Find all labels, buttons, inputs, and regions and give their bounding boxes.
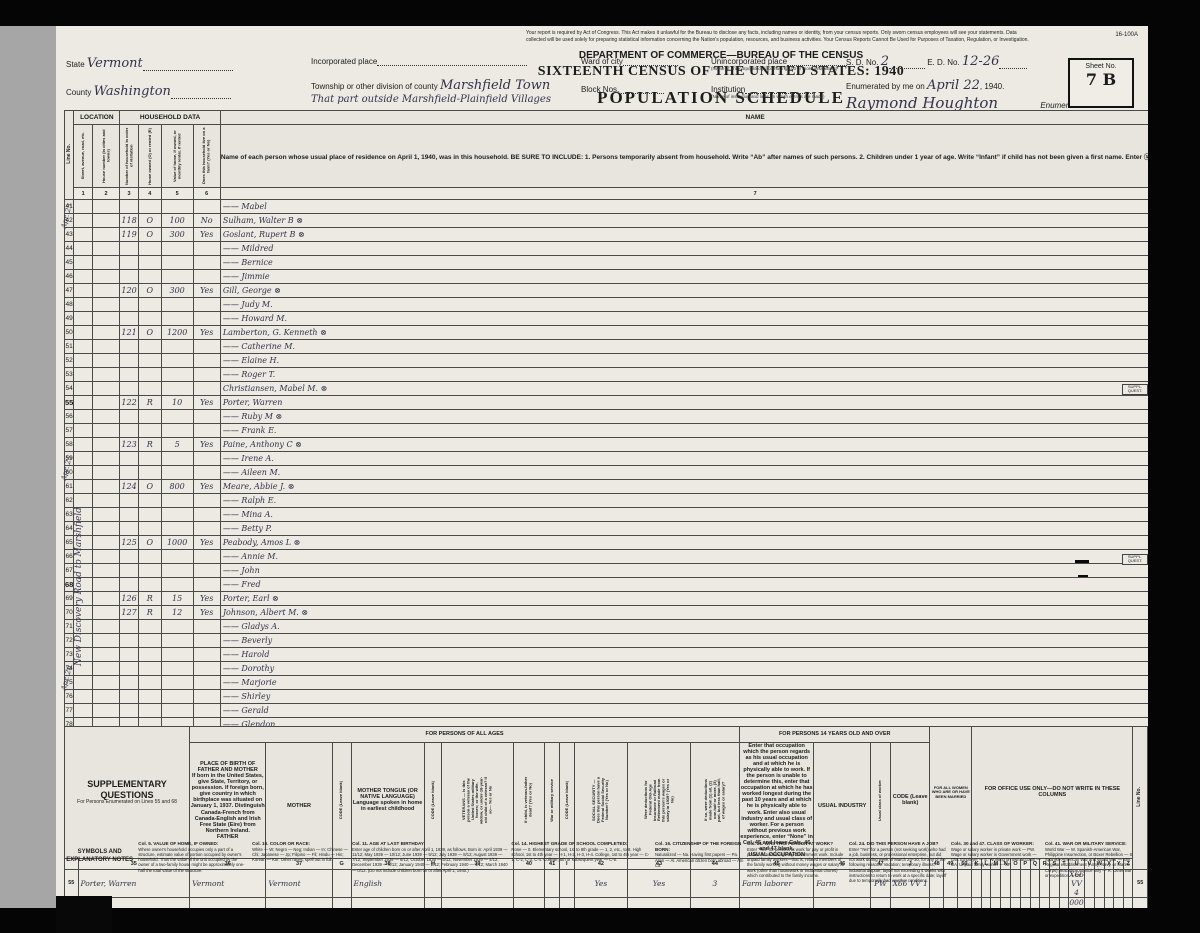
cell-fm [193, 270, 220, 284]
cell-fm [193, 452, 220, 466]
person-row-63: 63—— Mina A.DaughterFW25SNoH-2VermontMon… [65, 508, 1200, 522]
cell-ten [138, 298, 161, 312]
cell-hh [120, 312, 139, 326]
cell-ln: 45 [65, 256, 74, 270]
cell-val: 10 [161, 396, 193, 410]
cell-hh [120, 368, 139, 382]
cell-val [161, 676, 193, 690]
cell-ten: O [138, 326, 161, 340]
cell-hn [92, 270, 119, 284]
cell-st [74, 452, 93, 466]
population-table: Line No.LOCATIONHOUSEHOLD DATANAMERELATI… [64, 110, 1200, 760]
cell-ten [138, 704, 161, 718]
cell-hn [92, 242, 119, 256]
col-desc-street: Street, avenue, road, etc. [74, 125, 93, 188]
sheet-number-box: Sheet No. 7 B [1068, 58, 1134, 108]
band-all-ages: FOR PERSONS OF ALL AGES [190, 727, 740, 743]
cell-fm [193, 410, 220, 424]
person-row-49: 49—— Howard M.SonMW34SNo4VermontSame hou… [65, 312, 1200, 326]
cell-ln: 50 [65, 326, 74, 340]
person-row-43: 43119O300YesGoslant, Rupert B ⊗HeadMW37M… [65, 228, 1200, 242]
cell-hh [120, 466, 139, 480]
cell-ten [138, 452, 161, 466]
cell-hn [92, 508, 119, 522]
cell-hn [92, 662, 119, 676]
cell-fm [193, 340, 220, 354]
person-row-74: 74—— DorothyDaughterFW15SYes7VermontSame… [65, 662, 1200, 676]
cell-val: 15 [161, 592, 193, 606]
cell-val: 300 [161, 228, 193, 242]
cell-val [161, 270, 193, 284]
cell-fm: No [193, 214, 220, 228]
cell-st [74, 480, 93, 494]
cell-ten [138, 620, 161, 634]
cell-ten [138, 564, 161, 578]
band-14-and-over: FOR PERSONS 14 YEARS OLD AND OVER [740, 727, 930, 743]
note-col3047: Cols. 30 and 47. CLASS OF WORKER:Wage or… [951, 841, 1042, 883]
cell-val [161, 256, 193, 270]
person-row-77: 77—— GeraldSonMW4SNo0Vermont77 [65, 704, 1200, 718]
cell-st [74, 228, 93, 242]
cell-hh [120, 648, 139, 662]
scan-speck [1078, 575, 1088, 577]
cell-val [161, 564, 193, 578]
scan-border-bottom [0, 908, 1200, 933]
cell-ten: O [138, 480, 161, 494]
cell-hh: 125 [120, 536, 139, 550]
cell-hn [92, 494, 119, 508]
street-name-vertical: New Discovery Road to Marshfield [74, 507, 84, 666]
cell-st [74, 326, 93, 340]
cell-ln: 57 [65, 424, 74, 438]
cell-fm [193, 242, 220, 256]
cell-ten [138, 550, 161, 564]
cell-ten [138, 494, 161, 508]
scan-border-top [0, 0, 1200, 26]
cell-ten [138, 578, 161, 592]
cell-ten [138, 424, 161, 438]
cell-ln: 53 [65, 368, 74, 382]
cell-fm: Yes [193, 606, 220, 620]
cell-hn [92, 648, 119, 662]
cell-hh: 124 [120, 480, 139, 494]
cell-ln: 47 [65, 284, 74, 298]
cell-val [161, 620, 193, 634]
cell-val [161, 382, 193, 396]
cell-hn [92, 396, 119, 410]
enumerated-field: Enumerated by me on April 22, 1940. [846, 78, 1004, 93]
cell-ten [138, 508, 161, 522]
cell-fm [193, 466, 220, 480]
cell-hn [92, 200, 119, 214]
cell-fm [193, 382, 220, 396]
cell-ten [138, 256, 161, 270]
person-row-41: 41—— MabelWifeFW59MNo2VermontSame houseY… [65, 200, 1200, 214]
county-field: County Washington [66, 84, 231, 99]
cell-hn [92, 592, 119, 606]
cell-fm [193, 312, 220, 326]
person-name: Paine, Anthony C ⊗ [220, 438, 1200, 452]
person-row-50: 50121O1200YesLamberton, G. Kenneth ⊗Head… [65, 326, 1200, 340]
col-desc-home-value: Value of home, if owned, or monthly rent… [161, 125, 193, 188]
cell-ln: 54 [65, 382, 74, 396]
cell-hh [120, 564, 139, 578]
person-name: —— Catherine M. [220, 340, 1200, 354]
cell-ten: R [138, 606, 161, 620]
cell-ln: 67 [65, 564, 74, 578]
cell-fm [193, 256, 220, 270]
note-col14: Col. 14. HIGHEST GRADE OF SCHOOL COMPLET… [511, 841, 652, 883]
cell-val [161, 200, 193, 214]
cell-ln: 56 [65, 410, 74, 424]
person-row-58: 58123R5YesPaine, Anthony C ⊗HeadMW29MNoH… [65, 438, 1200, 452]
cell-fm: Yes [193, 480, 220, 494]
person-row-70: 70127R12YesJohnson, Albert M. ⊗HeadMW45M… [65, 606, 1200, 620]
suppl-quest-marker-68: SUPPL. QUEST. [1122, 554, 1148, 565]
cell-hn [92, 536, 119, 550]
cell-ten [138, 270, 161, 284]
cell-hn [92, 522, 119, 536]
cell-val [161, 662, 193, 676]
group-name: NAME [220, 111, 1200, 125]
note-col21: Col. 21. WAS THIS PERSON AT WORK?Enter “… [747, 841, 846, 883]
cell-hh [120, 452, 139, 466]
cell-ten [138, 676, 161, 690]
cell-val: 800 [161, 480, 193, 494]
person-name: —— Beverly [220, 634, 1200, 648]
band-office-use: FOR OFFICE USE ONLY—DO NOT WRITE IN THES… [972, 727, 1133, 859]
person-name: —— Aileen M. [220, 466, 1200, 480]
cell-ln: 52 [65, 354, 74, 368]
person-row-53: 53—— Roger T.SonMW5SNo0VermontSame house… [65, 368, 1200, 382]
person-name: Johnson, Albert M. ⊗ [220, 606, 1200, 620]
person-name: Porter, Earl ⊗ [220, 592, 1200, 606]
cell-st [74, 214, 93, 228]
cell-fm [193, 424, 220, 438]
cell-hn [92, 480, 119, 494]
cell-hn [92, 256, 119, 270]
person-name: —— Annie M. [220, 550, 1200, 564]
note-col24: Col. 24. DID THIS PERSON HAVE A JOB?Ente… [849, 841, 948, 883]
cell-ten: O [138, 214, 161, 228]
person-name: —— Elaine H. [220, 354, 1200, 368]
person-row-47: 47120O300YesGill, George ⊗HeadMW59MNo8Ma… [65, 284, 1200, 298]
cell-hh [120, 354, 139, 368]
person-name: Porter, Warren [220, 396, 1200, 410]
cell-fm: Yes [193, 536, 220, 550]
cell-ten [138, 312, 161, 326]
cell-hn [92, 550, 119, 564]
person-name: —— Jimmie [220, 270, 1200, 284]
cell-fm [193, 550, 220, 564]
cell-hh [120, 662, 139, 676]
cell-val [161, 550, 193, 564]
cell-st [74, 704, 93, 718]
person-name: —— Harold [220, 648, 1200, 662]
person-name: —— Mildred [220, 242, 1200, 256]
cell-hh: 121 [120, 326, 139, 340]
person-name: —— Judy M. [220, 298, 1200, 312]
cell-hh: 123 [120, 438, 139, 452]
note-col16: Col. 16. CITIZENSHIP OF THE FOREIGN BORN… [655, 841, 744, 883]
cell-ln: 48 [65, 298, 74, 312]
cell-val [161, 634, 193, 648]
cell-fm [193, 298, 220, 312]
scan-border-right [1148, 0, 1200, 933]
cell-hh [120, 704, 139, 718]
person-row-69: 69126R15YesPorter, Earl ⊗HeadMW37SNo6Ver… [65, 592, 1200, 606]
cell-hn [92, 214, 119, 228]
col-desc-household-number: Number of household in order of visitati… [120, 125, 139, 188]
cell-hh [120, 382, 139, 396]
cell-st [74, 270, 93, 284]
cell-val [161, 368, 193, 382]
cell-val [161, 494, 193, 508]
person-name: —— Gladys A. [220, 620, 1200, 634]
cell-ten [138, 340, 161, 354]
cell-val [161, 704, 193, 718]
person-row-65: 65125O1000YesPeabody, Amos L ⊗HeadMW68MN… [65, 536, 1200, 550]
cell-fm [193, 354, 220, 368]
person-name: Christiansen, Mabel M. ⊗ [220, 382, 1200, 396]
cell-st [74, 340, 93, 354]
cell-val [161, 354, 193, 368]
cell-hh [120, 424, 139, 438]
cell-hh [120, 340, 139, 354]
cell-ten [138, 200, 161, 214]
cell-hn [92, 340, 119, 354]
note-col5: Col. 5. VALUE OF HOME, IF OWNED:Where ow… [138, 841, 249, 883]
person-row-54: 54Christiansen, Mabel M. ⊗LodgerFW19SNoC… [65, 382, 1200, 396]
col-desc-house-number: House number (in cities and towns) [92, 125, 119, 188]
cell-val: 1000 [161, 536, 193, 550]
cell-hh [120, 620, 139, 634]
cell-fm: Yes [193, 438, 220, 452]
cell-val [161, 466, 193, 480]
sd-field: S. D. No. 2 E. D. No. 12-26 [846, 54, 1027, 69]
person-row-57: 57—— Frank E.SonMW15SYes7VermontSame pla… [65, 424, 1200, 438]
cell-st [74, 410, 93, 424]
person-row-75: 75—— MarjorieDaughterFW13SYes5VermontSam… [65, 676, 1200, 690]
cell-st [74, 200, 93, 214]
cell-fm: Yes [193, 592, 220, 606]
col-number-6: 6 [193, 188, 220, 200]
cell-ln: 65 [65, 536, 74, 550]
cell-hh [120, 242, 139, 256]
person-name: —— Roger T. [220, 368, 1200, 382]
cell-st [74, 466, 93, 480]
person-row-64: 64—— Betty P.DaughterFW13SYes6VermontSam… [65, 522, 1200, 536]
cell-val [161, 690, 193, 704]
cell-ten [138, 634, 161, 648]
cell-val: 12 [161, 606, 193, 620]
cell-hh: 118 [120, 214, 139, 228]
cell-ln: 51 [65, 340, 74, 354]
cell-hn [92, 452, 119, 466]
cell-ten: R [138, 438, 161, 452]
person-row-42: 42118O100NoSulham, Walter B ⊗HeadMW54SNo… [65, 214, 1200, 228]
cell-fm [193, 676, 220, 690]
cell-ln: 44 [65, 242, 74, 256]
cell-hh [120, 634, 139, 648]
census-form-paper: Your report is required by Act of Congre… [56, 26, 1148, 908]
cell-hh [120, 410, 139, 424]
legal-notice: Your report is required by Act of Congre… [526, 30, 1046, 43]
cell-st [74, 242, 93, 256]
note-col11: Col. 11. AGE AT LAST BIRTHDAY:Enter age … [352, 841, 508, 883]
cell-st [74, 424, 93, 438]
cell-hn [92, 326, 119, 340]
person-name: —— Fred [220, 578, 1200, 592]
cell-val [161, 578, 193, 592]
person-row-61: 61124O800YesMeare, Abbie J. ⊗HeadFW51MNo… [65, 480, 1200, 494]
person-name: Lamberton, G. Kenneth ⊗ [220, 326, 1200, 340]
cell-hn [92, 466, 119, 480]
person-name: —— John [220, 564, 1200, 578]
cell-fm [193, 564, 220, 578]
cell-ten [138, 410, 161, 424]
scanned-census-page: Your report is required by Act of Congre… [0, 0, 1200, 933]
cell-st [74, 382, 93, 396]
cell-hh [120, 256, 139, 270]
cell-ln: 73 [65, 648, 74, 662]
person-name: —— Frank E. [220, 424, 1200, 438]
cell-ln: 43 [65, 228, 74, 242]
col-desc-on-farm: Does this household live on a farm? (Yes… [193, 125, 220, 188]
cell-st [74, 368, 93, 382]
cell-hh [120, 578, 139, 592]
incorporated-place-field: Incorporated place [311, 56, 527, 66]
cell-val: 100 [161, 214, 193, 228]
ward-field: Ward of city [581, 56, 678, 66]
cell-ten [138, 368, 161, 382]
scan-speck [1075, 560, 1089, 563]
cell-ten: R [138, 592, 161, 606]
band-women-married: FOR ALL WOMEN WHO ARE OR HAVE BEEN MARRI… [930, 727, 972, 859]
supplementary-title: SUPPLEMENTARYQUESTIONSFor Persons Enumer… [65, 727, 190, 859]
person-row-44: 44—— MildredWifeFW26MNoH-3VermontSame ho… [65, 242, 1200, 256]
cell-val [161, 340, 193, 354]
person-row-52: 52—— Elaine H.DaughterFW8SYes2VermontSam… [65, 354, 1200, 368]
person-row-46: 46—— JimmieSonMW4SNo0Vermont46 [65, 270, 1200, 284]
note-col41: Col. 41. WAR OR MILITARY SERVICE:World W… [1045, 841, 1136, 883]
col-number-3: 3 [120, 188, 139, 200]
cell-ln: 63 [65, 508, 74, 522]
cell-fm [193, 704, 220, 718]
cell-ten [138, 522, 161, 536]
cell-hn [92, 382, 119, 396]
cell-st [74, 354, 93, 368]
cell-fm [193, 620, 220, 634]
col-desc-name: Name of each person whose usual place of… [220, 125, 1200, 188]
col-desc-tenure: Home owned (O) or rented (R) [138, 125, 161, 188]
cell-st [74, 298, 93, 312]
cell-fm [193, 634, 220, 648]
cell-hh [120, 494, 139, 508]
cell-hh [120, 676, 139, 690]
cell-hh [120, 550, 139, 564]
cell-ten [138, 382, 161, 396]
township-note: That part outside Marshfield-Plainfield … [311, 94, 641, 105]
cell-hh [120, 508, 139, 522]
cell-ln: 55 [65, 396, 74, 410]
suppl-quest-marker-55: SUPPL. QUEST. [1122, 384, 1148, 395]
person-row-60: 60—— Aileen M.DaughterFW4SNo0Rhode Islan… [65, 466, 1200, 480]
cell-fm [193, 494, 220, 508]
person-name: —— Mina A. [220, 508, 1200, 522]
cell-val [161, 452, 193, 466]
state-field: State Vermont [66, 56, 233, 71]
cell-hn [92, 690, 119, 704]
cell-ln: 69 [65, 592, 74, 606]
person-name: —— Bernice [220, 256, 1200, 270]
cell-hn [92, 354, 119, 368]
cell-st [74, 676, 93, 690]
cell-hn [92, 634, 119, 648]
person-row-66: 66—— Annie M.WifeFW66MNoH-4MaineSame hou… [65, 550, 1200, 564]
cell-st [74, 256, 93, 270]
cell-st [74, 312, 93, 326]
person-row-51: 51—— Catherine M.WifeFW33MNoH-4VermontSa… [65, 340, 1200, 354]
cell-hh [120, 298, 139, 312]
cell-hh: 126 [120, 592, 139, 606]
cell-ln: 72 [65, 634, 74, 648]
cell-hn [92, 312, 119, 326]
cell-fm [193, 662, 220, 676]
person-row-68: 68—— FredSonMW33SNo7VermontBarreWashingt… [65, 578, 1200, 592]
cell-val [161, 508, 193, 522]
cell-val [161, 312, 193, 326]
cell-ten: R [138, 396, 161, 410]
col-number-5: 5 [161, 188, 193, 200]
cell-fm: Yes [193, 228, 220, 242]
cell-hn [92, 368, 119, 382]
cell-ten [138, 242, 161, 256]
scan-black-box [56, 896, 112, 933]
cell-hn [92, 578, 119, 592]
person-row-76: 76—— ShirleyDaughterFW8SYes2VermontSame … [65, 690, 1200, 704]
cell-hn [92, 424, 119, 438]
cell-hn [92, 438, 119, 452]
cell-ten [138, 648, 161, 662]
person-name: Sulham, Walter B ⊗ [220, 214, 1200, 228]
person-row-56: 56—— Ruby M ⊗WifeFW37MNo8VermontSame pla… [65, 410, 1200, 424]
cell-fm [193, 578, 220, 592]
person-name: —— Shirley [220, 690, 1200, 704]
person-row-67: 67—— JohnSonMW42SNo8MassachusettsSame ho… [65, 564, 1200, 578]
cell-ten [138, 466, 161, 480]
cell-val [161, 424, 193, 438]
person-row-62: 62—— Ralph E.SonMW29SNoH-2VermontSame pl… [65, 494, 1200, 508]
person-row-55: 55122R10YesPorter, WarrenHeadMW44MNo8Ver… [65, 396, 1200, 410]
cell-ten [138, 690, 161, 704]
person-name: —— Howard M. [220, 312, 1200, 326]
person-row-72: 72—— BeverlyDaughterFW20SNoH-3VermontSam… [65, 634, 1200, 648]
cell-hh [120, 200, 139, 214]
cell-hn [92, 704, 119, 718]
explanatory-notes: SYMBOLS AND EXPLANATORY NOTES Col. 5. VA… [64, 841, 1136, 883]
person-row-71: 71—— Gladys A.WifeFW43MNo8VermontSame pl… [65, 620, 1200, 634]
cell-hn [92, 228, 119, 242]
cell-hn [92, 298, 119, 312]
col-number-1: 1 [74, 188, 93, 200]
person-name: —— Mabel [220, 200, 1200, 214]
person-name: Gill, George ⊗ [220, 284, 1200, 298]
cell-ln: 46 [65, 270, 74, 284]
cell-fm [193, 508, 220, 522]
cell-ln: 68 [65, 578, 74, 592]
line-no-header: Line No. [65, 111, 74, 200]
